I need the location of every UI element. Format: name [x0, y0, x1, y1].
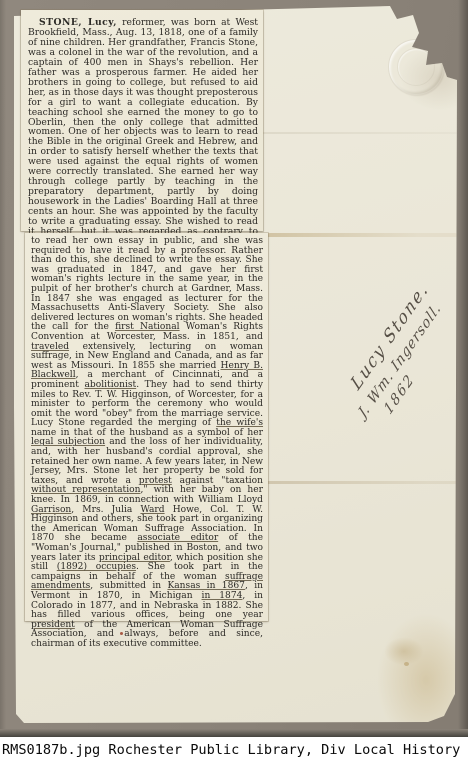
scanned-photo-area: Lucy Stone. J. Wm. Ingersoll. 1862 STONE… [0, 0, 468, 737]
stain-mark [404, 662, 409, 666]
clipping-text-block-1: STONE, Lucy, reformer, was born at West … [21, 10, 263, 247]
glue-stain-line [263, 233, 457, 237]
clipping-text-block-2: to read her own essay in public, and she… [25, 233, 268, 650]
embossed-seal-stamp [388, 39, 444, 95]
handwritten-inscription: Lucy Stone. J. Wm. Ingersoll. 1862 [310, 252, 468, 466]
paper-fold-line [266, 481, 457, 484]
newspaper-clipping-bottom: to read her own essay in public, and she… [25, 233, 268, 621]
filename-caption: RMS0187b.jpg Rochester Public Library, D… [0, 737, 468, 763]
clipping-body-1: reformer, was born at West Brookfield, M… [28, 17, 258, 247]
screenshot-root: Lucy Stone. J. Wm. Ingersoll. 1862 STONE… [0, 0, 468, 763]
embossed-seal-inner-ring [397, 48, 435, 86]
handwritten-inscription-rotated: Lucy Stone. J. Wm. Ingersoll. 1862 [308, 248, 468, 470]
paper-crease-line [263, 132, 457, 134]
photo-bottom-edge [0, 729, 468, 737]
mat-left-shade [0, 0, 6, 737]
handwriting-attribution: J. Wm. Ingersoll. [329, 260, 468, 460]
mat-right-shadow [458, 0, 468, 737]
newspaper-clipping-top: STONE, Lucy, reformer, was born at West … [21, 10, 263, 231]
